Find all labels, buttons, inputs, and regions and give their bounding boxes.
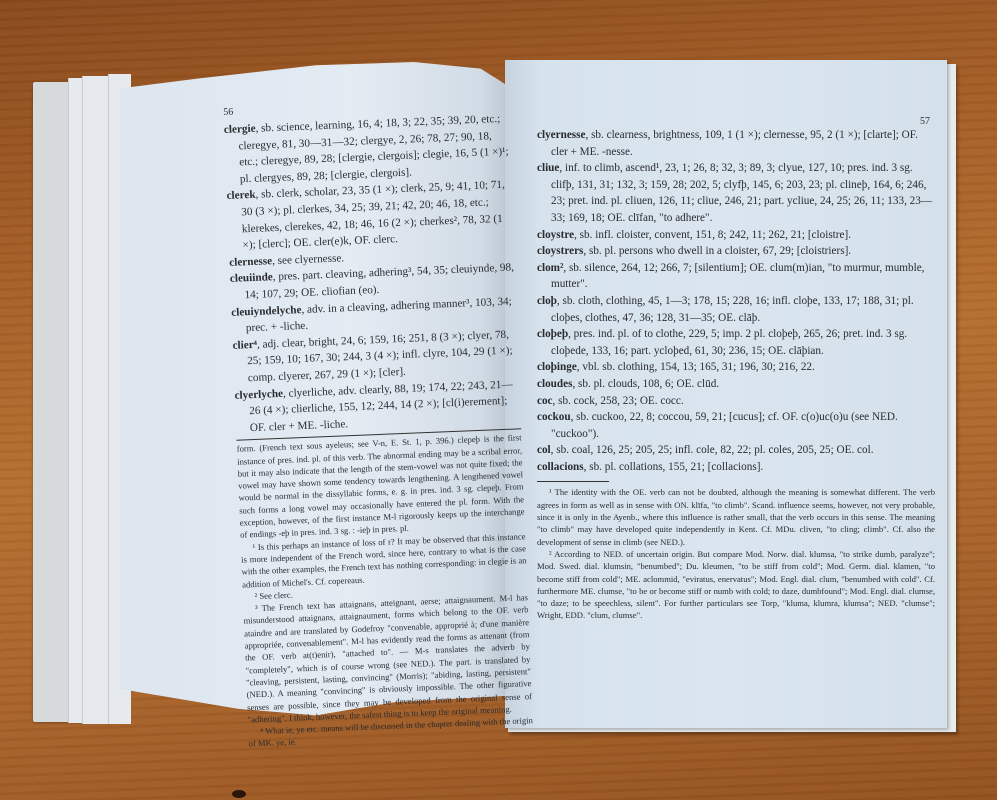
- dictionary-entry: clerek, sb. clerk, scholar, 23, 35 (1 ×)…: [226, 177, 513, 255]
- headword: clergie: [224, 123, 256, 136]
- dictionary-entry: clergie, sb. science, learning, 16, 4; 1…: [224, 111, 511, 189]
- dictionary-entry: cliue, inf. to climb, ascend¹, 23, 1; 26…: [537, 160, 935, 226]
- headword: cockou: [537, 411, 571, 423]
- headword: cloþeþ: [537, 328, 568, 340]
- footnote: ¹ The identity with the OE. verb can not…: [537, 486, 935, 547]
- entry-text: , sb. pl. clouds, 108, 6; OE. clūd.: [572, 378, 719, 390]
- dictionary-entry: cockou, sb. cuckoo, 22, 8; coccou, 59, 2…: [537, 409, 935, 442]
- headword: cleuiinde: [230, 271, 273, 285]
- headword: cloystre: [537, 229, 574, 241]
- headword: clerek: [226, 189, 255, 202]
- headword: clyerlyche: [234, 387, 283, 401]
- headword: clyernesse: [537, 129, 585, 141]
- headword: cloþinge: [537, 361, 577, 373]
- footnote: form. (French text sous ayeleus; see V-n…: [236, 432, 525, 542]
- entry-text: , sb. pl. collations, 155, 21; [collacio…: [584, 461, 764, 473]
- entry-text: , vbl. sb. clothing, 154, 13; 165, 31; 1…: [577, 361, 815, 373]
- entry-text: , clyerliche, adv. clearly, 88, 19; 174,…: [249, 378, 513, 434]
- entry-text: , inf. to climb, ascend¹, 23, 1; 26, 8; …: [551, 162, 932, 224]
- headword: clernesse: [229, 255, 272, 269]
- headword: cleuiyndelyche: [231, 304, 302, 319]
- footnote: ³ The French text has attaignans, atteig…: [243, 591, 533, 725]
- right-page-text: clyernesse, sb. clearness, brightness, 1…: [537, 127, 935, 622]
- entry-text: , pres. ind. pl. of to clothe, 229, 5; i…: [551, 328, 907, 357]
- dictionary-entry: clyernesse, sb. clearness, brightness, 1…: [537, 127, 935, 160]
- entry-text: , sb. science, learning, 16, 4; 18, 3; 2…: [238, 113, 509, 185]
- headword: coc: [537, 395, 553, 407]
- page-number-right: 57: [920, 116, 930, 127]
- headword: cloþ: [537, 295, 557, 307]
- entry-text: , sb. silence, 264, 12; 266, 7; [silenti…: [551, 262, 924, 291]
- headword: clom²: [537, 262, 563, 274]
- dictionary-entry: cloþinge, vbl. sb. clothing, 154, 13; 16…: [537, 359, 935, 376]
- footnote-divider: [537, 481, 609, 482]
- dictionary-entry: collacions, sb. pl. collations, 155, 21;…: [537, 459, 935, 476]
- dictionary-entry: cloudes, sb. pl. clouds, 108, 6; OE. clū…: [537, 376, 935, 393]
- dictionary-entry: col, sb. coal, 126, 25; 205, 25; infl. c…: [537, 442, 935, 459]
- dictionary-entry: cloþ, sb. cloth, clothing, 45, 1—3; 178,…: [537, 293, 935, 326]
- headword: clier⁴: [232, 339, 257, 352]
- headword: col: [537, 444, 551, 456]
- entry-text: , see clyernesse.: [272, 252, 345, 267]
- dictionary-entry: cloystre, sb. infl. cloister, convent, 1…: [537, 227, 935, 244]
- headword: cloudes: [537, 378, 572, 390]
- left-page-text: 56 clergie, sb. science, learning, 16, 4…: [223, 96, 534, 751]
- entry-text: , sb. infl. cloister, convent, 151, 8; 2…: [574, 229, 851, 241]
- entry-text: , sb. cloth, clothing, 45, 1—3; 178, 15;…: [551, 295, 914, 324]
- entry-text: , sb. coal, 126, 25; 205, 25; infl. cole…: [551, 444, 874, 456]
- wood-knot: [232, 790, 246, 798]
- footnote: ² According to NED. of uncertain origin.…: [537, 548, 935, 622]
- dictionary-entry: coc, sb. cock, 258, 23; OE. cocc.: [537, 393, 935, 410]
- headword: collacions: [537, 461, 584, 473]
- entry-text: , sb. cock, 258, 23; OE. cocc.: [553, 395, 684, 407]
- entry-text: , sb. clearness, brightness, 109, 1 (1 ×…: [551, 129, 918, 158]
- entry-text: , sb. cuckoo, 22, 8; coccou, 59, 21; [cu…: [551, 411, 898, 440]
- dictionary-entry: cloystrers, sb. pl. persons who dwell in…: [537, 243, 935, 260]
- headword: cliue: [537, 162, 559, 174]
- entry-text: , sb. clerk, scholar, 23, 35 (1 ×); cler…: [241, 179, 505, 251]
- dictionary-entry: clom², sb. silence, 264, 12; 266, 7; [si…: [537, 260, 935, 293]
- entry-text: , adj. clear, bright, 24, 6; 159, 16; 25…: [247, 328, 513, 384]
- headword: cloystrers: [537, 245, 583, 257]
- dictionary-entry: cloþeþ, pres. ind. pl. of to clothe, 229…: [537, 326, 935, 359]
- entry-text: , sb. pl. persons who dwell in a cloiste…: [583, 245, 851, 257]
- dictionary-entry: clyerlyche, clyerliche, adv. clearly, 88…: [234, 376, 521, 437]
